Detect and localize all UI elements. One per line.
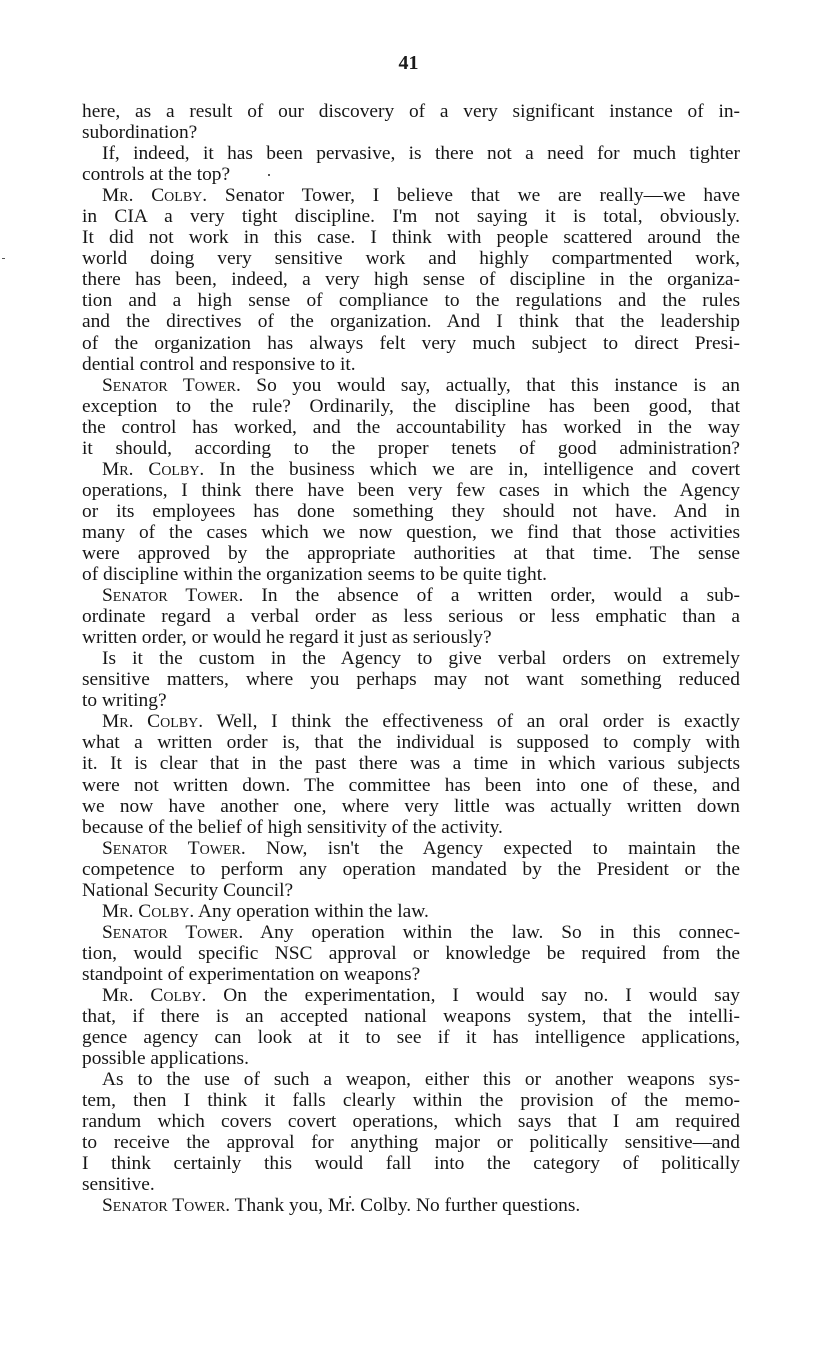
text-line: ordinate regard a verbal order as less s…: [82, 606, 740, 627]
text-line: exception to the rule? Ordinarily, the d…: [82, 396, 740, 417]
text-line: competence to perform any operation mand…: [82, 859, 740, 880]
text-line: or its employees has done something they…: [82, 501, 740, 522]
paragraph-colby-response: Mr. Colby. Well, I think the effectivene…: [82, 711, 740, 837]
text-line: sensitive.: [82, 1174, 740, 1195]
speaker-label: Senator Tower.: [102, 838, 246, 859]
text-line: written order, or would he regard it jus…: [82, 627, 740, 648]
speaker-label: Mr. Colby.: [102, 185, 207, 206]
paragraph-question: If, indeed, it has been pervasive, is th…: [82, 143, 740, 185]
text-line: here, as a result of our discovery of a …: [82, 101, 740, 122]
text-line: sensitive matters, where you perhaps may…: [82, 669, 740, 690]
text-line: Mr. Colby. On the experimentation, I wou…: [82, 985, 740, 1006]
text-line: were approved by the appropriate authori…: [82, 543, 740, 564]
text-line: Senator Tower. Thank you, Mr. Colby. No …: [82, 1195, 740, 1216]
hearing-transcript: here, as a result of our discovery of a …: [82, 101, 740, 1216]
paragraph-continuation: here, as a result of our discovery of a …: [82, 101, 740, 143]
text-line: the control has worked, and the accounta…: [82, 417, 740, 438]
text-line: If, indeed, it has been pervasive, is th…: [82, 143, 740, 164]
text-line: in CIA a very tight discipline. I'm not …: [82, 206, 740, 227]
text-line: randum which covers covert operations, w…: [82, 1111, 740, 1132]
text-line: controls at the top?: [82, 164, 740, 185]
text-line: of the organization has always felt very…: [82, 333, 740, 354]
text-line: Senator Tower. In the absence of a writt…: [82, 585, 740, 606]
text-line: tion and a high sense of compliance to t…: [82, 290, 740, 311]
text-line: Senator Tower. So you would say, actuall…: [82, 375, 740, 396]
text-line: Is it the custom in the Agency to give v…: [82, 648, 740, 669]
text-line: that, if there is an accepted national w…: [82, 1006, 740, 1027]
paragraph-tower-question: Senator Tower. So you would say, actuall…: [82, 375, 740, 459]
text-line: tem, then I think it falls clearly withi…: [82, 1090, 740, 1111]
paragraph-tower-question: Senator Tower. Now, isn't the Agency exp…: [82, 838, 740, 901]
text-line: it. It is clear that in the past there w…: [82, 753, 740, 774]
scan-speck: [268, 174, 270, 176]
text-line: we now have another one, where very litt…: [82, 796, 740, 817]
text-line: As to the use of such a weapon, either t…: [82, 1069, 740, 1090]
text-line: of discipline within the organization se…: [82, 564, 740, 585]
text-line: subordination?: [82, 122, 740, 143]
speaker-label: Senator Tower.: [102, 585, 243, 606]
paragraph-tower-question: Is it the custom in the Agency to give v…: [82, 648, 740, 711]
text-line: gence agency can look at it to see if it…: [82, 1027, 740, 1048]
text-line: National Security Council?: [82, 880, 740, 901]
text-line: I think certainly this would fall into t…: [82, 1153, 740, 1174]
text-line: possible applications.: [82, 1048, 740, 1069]
text-line: it should, according to the proper tenet…: [82, 438, 740, 459]
paragraph-colby-response: Mr. Colby. On the experimentation, I wou…: [82, 985, 740, 1069]
text-line: were not written down. The committee has…: [82, 775, 740, 796]
text-line: and the directives of the organization. …: [82, 311, 740, 332]
text-line: to writing?: [82, 690, 740, 711]
text-line: Senator Tower. Any operation within the …: [82, 922, 740, 943]
page-number: 41: [0, 52, 817, 75]
text-line: to receive the approval for anything maj…: [82, 1132, 740, 1153]
text-line: operations, I think there have been very…: [82, 480, 740, 501]
speaker-label: Senator Tower.: [102, 1195, 230, 1216]
speaker-label: Mr. Colby.: [102, 459, 204, 480]
scan-speck: [2, 258, 5, 259]
text-line: because of the belief of high sensitivit…: [82, 817, 740, 838]
paragraph-colby-response: As to the use of such a weapon, either t…: [82, 1069, 740, 1195]
text-line: there has been, indeed, a very high sens…: [82, 269, 740, 290]
speaker-label: Mr. Colby.: [102, 711, 203, 732]
paragraph-colby-response: Mr. Colby. Senator Tower, I believe that…: [82, 185, 740, 374]
paragraph-colby-response: Mr. Colby. In the business which we are …: [82, 459, 740, 585]
text-line: Mr. Colby. In the business which we are …: [82, 459, 740, 480]
speaker-label: Senator Tower.: [102, 375, 241, 396]
text-line: world doing very sensitive work and high…: [82, 248, 740, 269]
text-line: what a written order is, that the indivi…: [82, 732, 740, 753]
scan-speck: [349, 1196, 351, 1198]
text-line: Mr. Colby. Well, I think the effectivene…: [82, 711, 740, 732]
paragraph-tower-question: Senator Tower. Any operation within the …: [82, 922, 740, 985]
text-line: many of the cases which we now question,…: [82, 522, 740, 543]
text-line: Mr. Colby. Senator Tower, I believe that…: [82, 185, 740, 206]
paragraph-tower-question: Senator Tower. In the absence of a writt…: [82, 585, 740, 648]
text-line: tion, would specific NSC approval or kno…: [82, 943, 740, 964]
text-line: Mr. Colby. Any operation within the law.: [82, 901, 740, 922]
speaker-label: Mr. Colby.: [102, 985, 206, 1006]
text-line: standpoint of experimentation on weapons…: [82, 964, 740, 985]
text-line: Senator Tower. Now, isn't the Agency exp…: [82, 838, 740, 859]
speaker-label: Senator Tower.: [102, 922, 243, 943]
text-line: dential control and responsive to it.: [82, 354, 740, 375]
paragraph-tower-closing: Senator Tower. Thank you, Mr. Colby. No …: [82, 1195, 740, 1216]
speaker-label: Mr. Colby.: [102, 901, 194, 922]
text-line: It did not work in this case. I think wi…: [82, 227, 740, 248]
paragraph-colby-response: Mr. Colby. Any operation within the law.: [82, 901, 740, 922]
